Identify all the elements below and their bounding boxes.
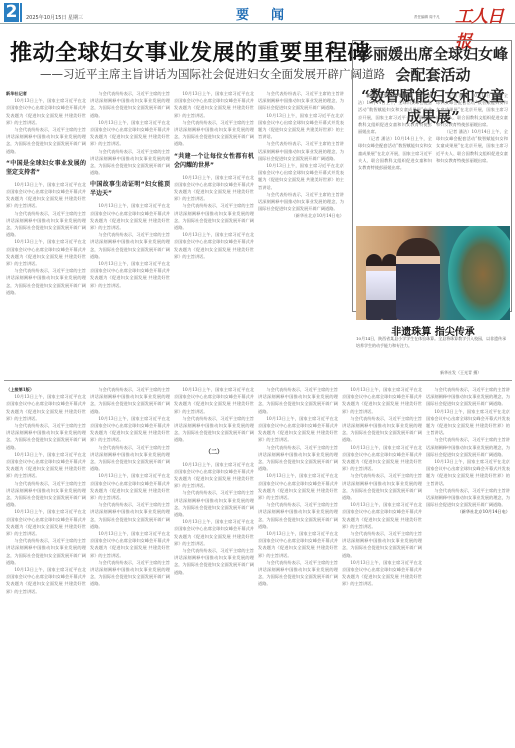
subhead-2: “共建一个让每位女性都有机会闪耀的世界”: [174, 152, 254, 170]
subhead-1: “中国是全球妇女事业发展的坚定支持者”: [6, 159, 86, 177]
lead-article-closing: （新华社北京10月14日电）: [258, 212, 344, 219]
continued-article-column-2: 与会代表纷纷表示，习近平主席的主旨讲话深刻阐释中国推动妇女事业发展的理念，为国际…: [90, 386, 170, 744]
page-number: 2: [4, 3, 19, 22]
continued-article-column-4: 与会代表纷纷表示，习近平主席的主旨讲话深刻阐释中国推动妇女事业发展的理念，为国际…: [258, 386, 338, 744]
student-figure: [396, 238, 440, 320]
section-title: 要闻: [236, 4, 306, 23]
continued-article-closing: （新华社北京10月14日电）: [426, 508, 510, 515]
lead-headline[interactable]: 推动全球妇女事业发展的重要里程碑: [10, 36, 340, 67]
continued-article-column-3: 10月13日上午，国家主席习近平在北京国家会议中心出席全球妇女峰会开幕式并发表题…: [174, 386, 254, 744]
subhead-3: 中国故事生动证明“妇女能顶半边天”: [90, 180, 170, 198]
page-header: 2 2025年10月15日 星期三 要闻 责任编辑 周千凡 工人日报: [0, 0, 515, 24]
section-divider: [4, 380, 512, 381]
lead-article-column-2: 与会代表纷纷表示，习近平主席的主旨讲话深刻阐释中国推动妇女事业发展的理念，为国际…: [90, 90, 170, 378]
byline: 新华社记者: [6, 90, 86, 97]
page-number-bar: [20, 3, 22, 22]
lead-subheadline: ——习近平主席主旨讲话为国际社会促进妇女全面发展开辟广阔道路: [40, 66, 340, 82]
student-figure: [366, 254, 382, 320]
issue-date: 2025年10月15日 星期三: [26, 14, 83, 21]
lead-article-column-4: 与会代表纷纷表示，习近平主席的主旨讲话深刻阐释中国推动妇女事业发展的理念，为国际…: [258, 90, 344, 378]
continued-article-column-1: （上接第1版） 10月13日上午，国家主席习近平在北京国家会议中心出席全球妇女峰…: [6, 386, 86, 744]
photo-credit: 新华社发（王光青 摄）: [440, 370, 481, 376]
continued-article-column-5: 10月13日上午，国家主席习近平在北京国家会议中心出席全球妇女峰会开幕式并发表题…: [342, 386, 422, 744]
abacus-photo[interactable]: [356, 226, 510, 320]
section-marker: （二）: [174, 448, 254, 457]
abacus-wheel: [448, 226, 510, 320]
side-article-column-1: 新华社北京10月14日电（记者 潘洁）10月14日上午，全球妇女峰会配套活动“数…: [358, 92, 432, 224]
lead-article-column-3: 10月13日上午，国家主席习近平在北京国家会议中心出席全球妇女峰会开幕式并发表题…: [174, 90, 254, 378]
editor-credit: 责任编辑 周千凡: [414, 15, 440, 20]
side-article-column-2: （记者 潘洁）10月14日上午，全球妇女峰会配套活动“数智赋能妇女和女童成果展”…: [436, 92, 508, 224]
jump-line: （上接第1版）: [6, 386, 86, 393]
photo-caption: 10月14日，陕西省某县小学学生在体验珠算。全县将珠算教学引入校园，以非遗传承培…: [356, 336, 510, 349]
continued-article-column-6: 与会代表纷纷表示，习近平主席的主旨讲话深刻阐释中国推动妇女事业发展的理念，为国际…: [426, 386, 510, 744]
lead-article-column-1: 新华社记者 10月13日上午，国家主席习近平在北京国家会议中心出席全球妇女峰会开…: [6, 90, 86, 378]
side-dateline: 新华社北京10月14日电: [366, 93, 413, 98]
